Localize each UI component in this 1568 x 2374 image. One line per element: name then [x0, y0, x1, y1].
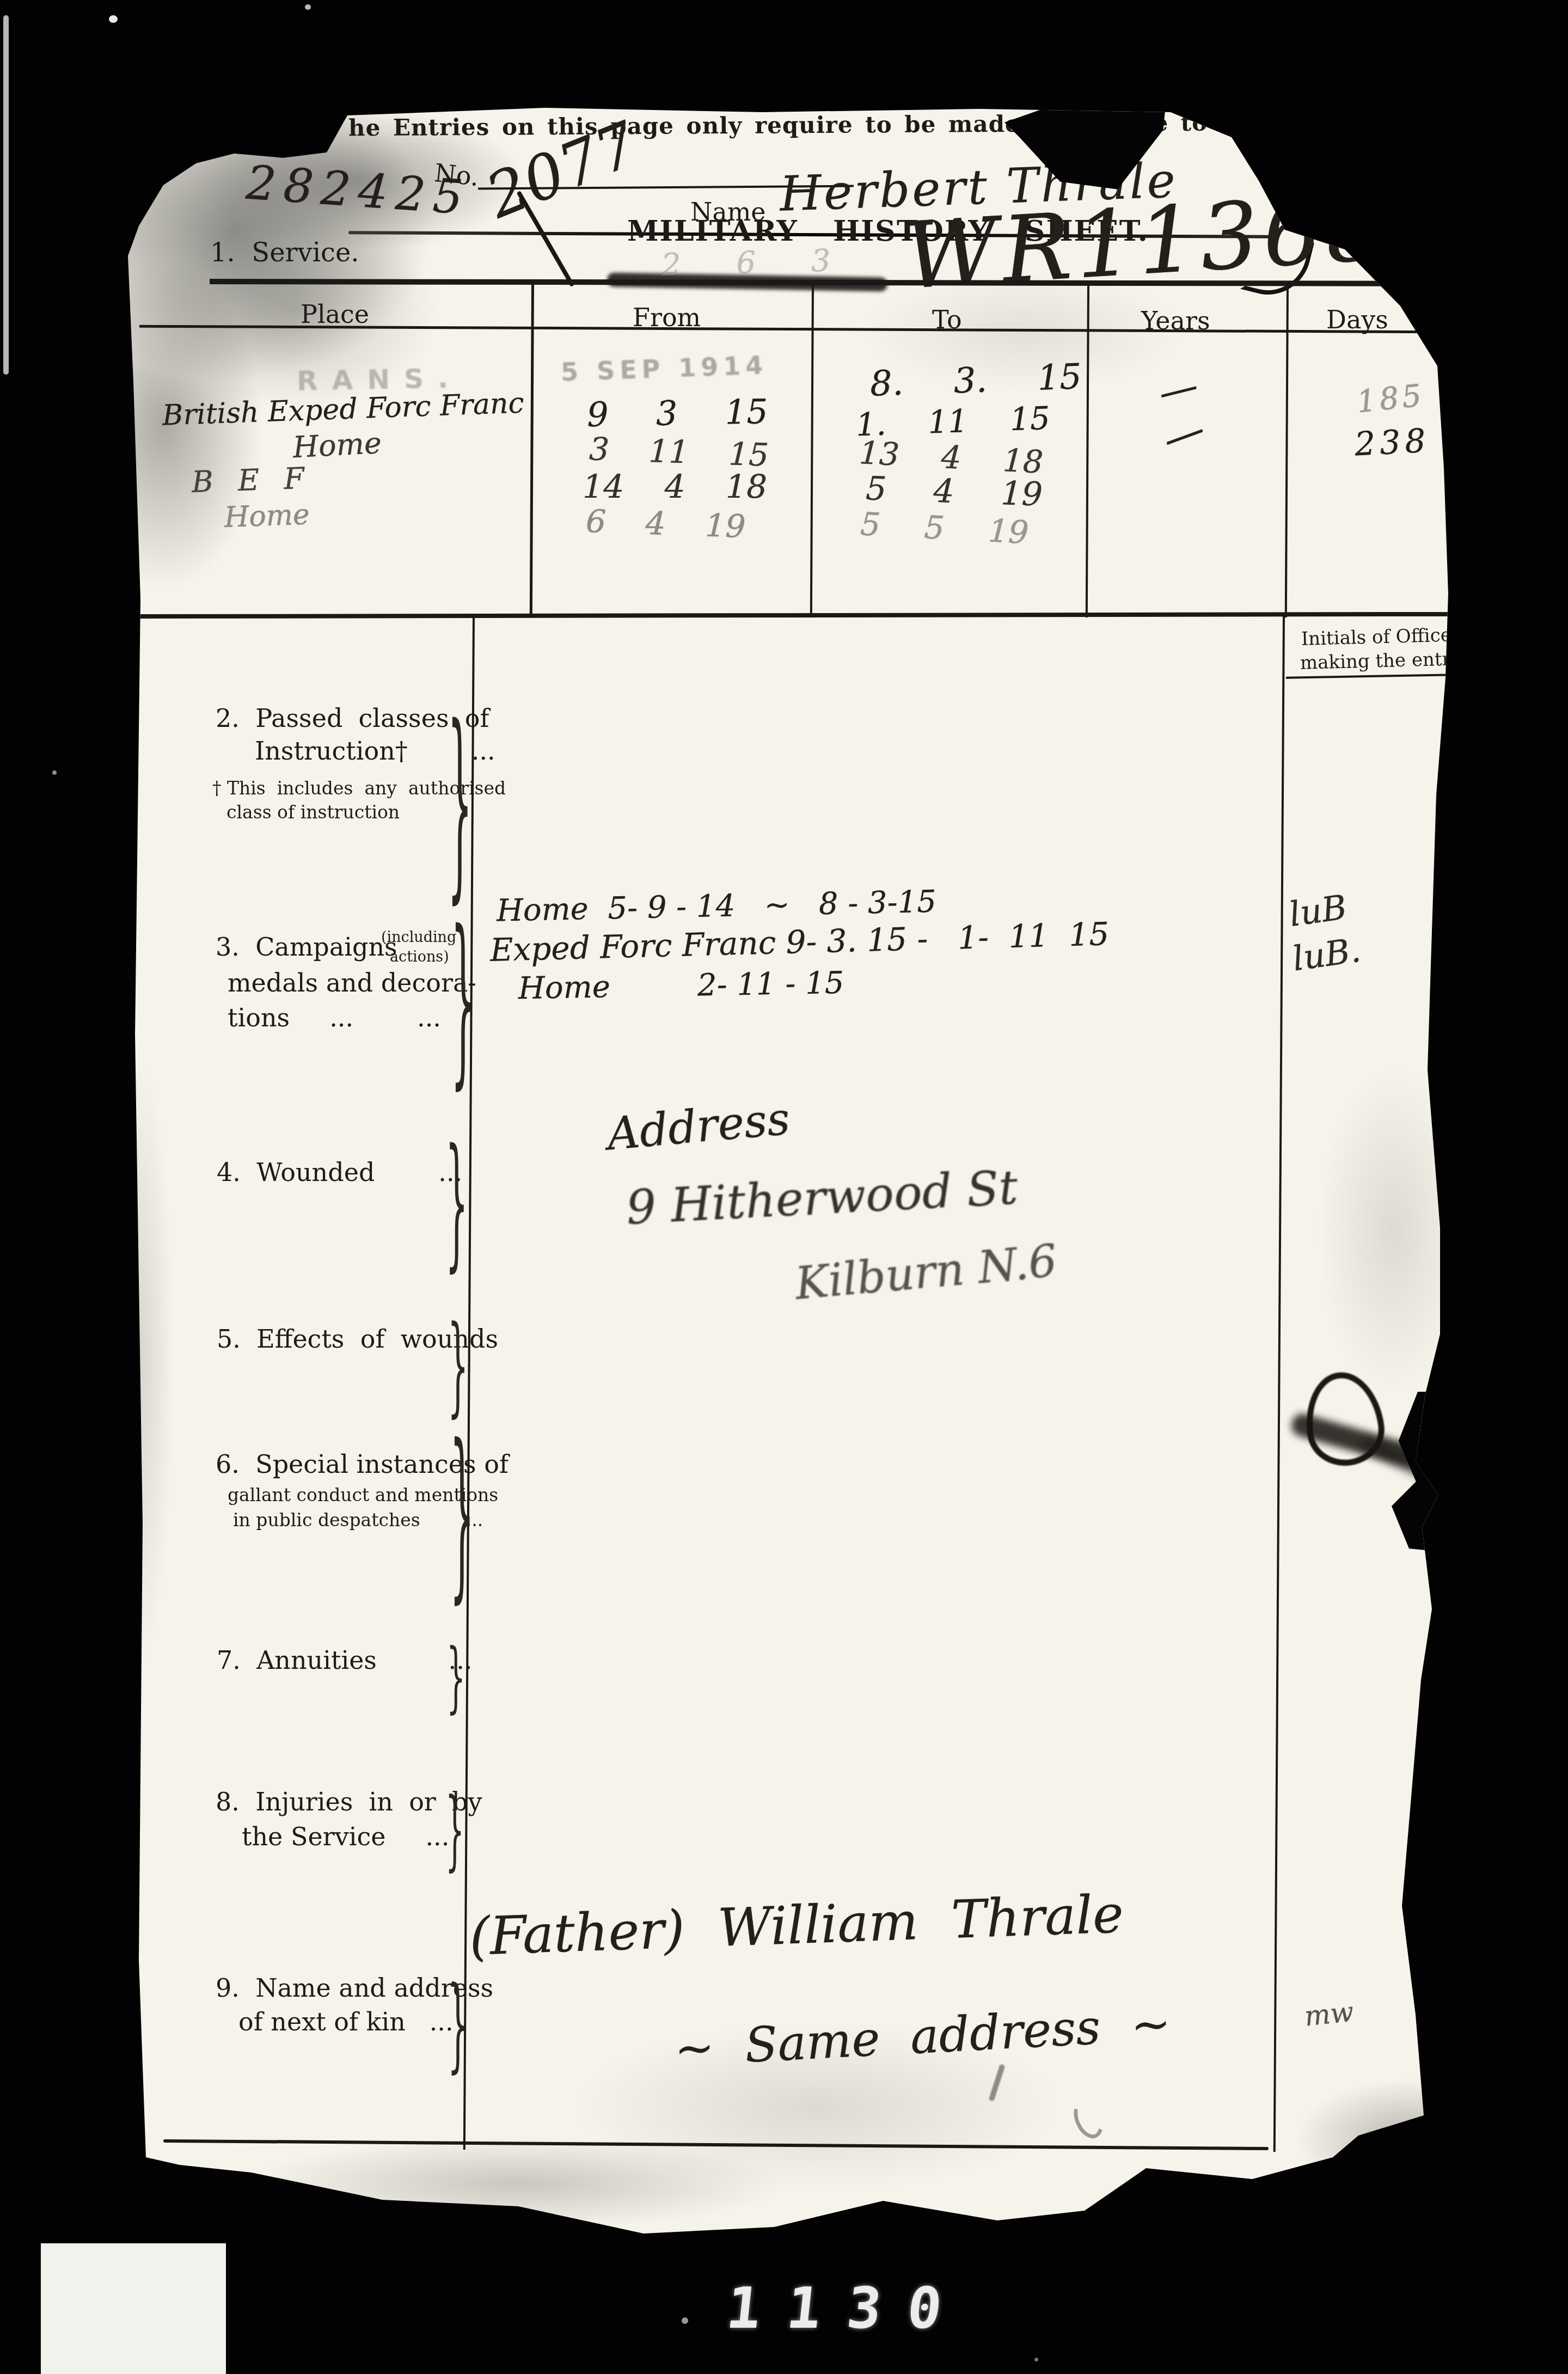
film-edge-sliver — [3, 15, 9, 375]
column-header-from: From — [633, 303, 701, 332]
splice-white-rectangle — [41, 2243, 226, 2374]
section6-brace-icon — [450, 1405, 474, 1620]
service-cell-place-r4: B E F — [191, 461, 313, 499]
faint-pencil-numbers: 2 6 3 — [661, 242, 854, 283]
form-bottom-rule — [163, 2139, 1269, 2150]
kin-initials-handwritten: mw — [1303, 1996, 1355, 2032]
no-label: No. — [433, 158, 480, 192]
section3-label: 3. Campaigns — [216, 932, 397, 962]
column-header-place: Place — [301, 299, 369, 329]
section8-label-line1: 8. Injuries in or by — [216, 1787, 482, 1816]
ink-mark — [988, 2064, 1005, 2102]
column-header-to: To — [932, 305, 962, 334]
section2-brace-icon — [448, 682, 472, 922]
date-received-stamp: 5 SEP 1914 — [560, 350, 768, 387]
service-cell-from-r4: 14 4 18 — [583, 468, 767, 506]
section9-label-line2: of next of kin ... — [238, 2007, 454, 2036]
section3-paren-line2: actions) — [390, 949, 449, 965]
document-sheet: he Entries on this page only require to … — [0, 0, 1568, 2374]
wounded-address-handwritten-3: Kilburn N.6 — [793, 1235, 1059, 1310]
section3-brace-icon — [451, 891, 475, 1106]
service-cell-days-r2: 238 — [1353, 421, 1431, 463]
microfilm-frame: he Entries on this page only require to … — [0, 0, 1568, 2374]
table-bottom-rule — [136, 612, 1448, 619]
header-notice: he Entries on this page only require to … — [348, 108, 1478, 142]
film-speck — [1034, 2358, 1038, 2361]
section8-label-line2: the Service ... — [242, 1822, 449, 1851]
section4-brace-icon — [445, 1119, 468, 1286]
film-speck — [305, 4, 311, 10]
service-cell-days-r1: 185 — [1355, 378, 1426, 420]
officer-column-underline — [1286, 674, 1456, 678]
kin-name-handwritten: (Father) William Thrale — [468, 1883, 1124, 1967]
section3-label-line2: medals and decora- — [228, 968, 476, 998]
column-header-days: Days — [1326, 305, 1388, 334]
film-speck — [52, 770, 57, 775]
service-cell-from-r5: 6 4 19 — [585, 503, 746, 545]
section4-label: 4. Wounded ... — [217, 1158, 462, 1187]
table-column-rule-years-days — [1285, 284, 1289, 617]
film-speck — [682, 2317, 688, 2324]
service-section-label: 1. Service. — [210, 237, 359, 268]
kin-address-handwritten: ~ Same address ~ — [673, 1995, 1172, 2077]
film-speck — [109, 15, 118, 23]
service-cell-from-r2: 9 3 15 — [586, 391, 768, 435]
section3-label-line3: tions ... ... — [228, 1003, 441, 1032]
table-column-rule-place-from — [530, 283, 534, 617]
wounded-address-handwritten-1: Address — [605, 1093, 792, 1161]
torn-edge-blob — [1392, 1392, 1479, 1555]
officer-initials-handwritten-2: luB. — [1290, 930, 1363, 979]
entry-box-right-rule — [1273, 616, 1285, 2152]
table-column-rule-from-to — [810, 284, 814, 617]
service-cell-place-r5: Home — [224, 498, 310, 534]
section7-label: 7. Annuities ... — [217, 1645, 472, 1675]
campaign-entry-handwritten-3: Home 2- 11 - 15 — [518, 965, 844, 1006]
wounded-address-handwritten-2: 9 Hitherwood St — [625, 1160, 1019, 1235]
officer-column-header-line1: Initials of Officer — [1299, 624, 1463, 650]
service-cell-place-r3: Home — [292, 426, 382, 464]
service-cell-to-r1: 8. 3. 15 — [869, 357, 1082, 405]
officer-initials-handwritten-1: luB — [1287, 887, 1349, 934]
section2-footnote-line2: class of instruction — [226, 801, 400, 823]
section7-brace-icon — [446, 1632, 465, 1722]
section9-brace-icon — [448, 1965, 469, 2083]
table-column-rule-to-years — [1086, 284, 1089, 617]
service-cell-from-r3: 3 11 15 — [589, 430, 769, 473]
ink-mark — [1068, 2095, 1108, 2143]
service-cell-place-r2: British Exped Forc Franc — [162, 387, 524, 432]
section6-label-line3: in public despatches ... — [233, 1509, 483, 1531]
section8-brace-icon — [445, 1778, 464, 1880]
frame-counter: 1130 — [724, 2275, 971, 2341]
officer-column-header-line2: making the entry — [1299, 648, 1463, 674]
column-header-years: Years — [1141, 306, 1210, 335]
section3-paren-line1: (including — [381, 929, 456, 946]
